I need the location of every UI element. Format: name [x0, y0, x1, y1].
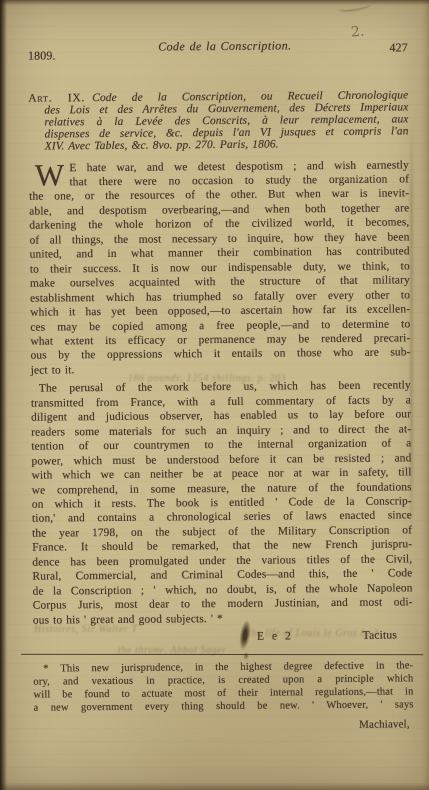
signature-mark: E e 2: [257, 629, 293, 642]
page-edge-bottom: [0, 782, 429, 790]
footnote-line: a new government every thing should be n…: [34, 699, 414, 715]
paragraph-2-line: ous to his ' great and good subjects. ' …: [33, 610, 413, 628]
page-number: 427: [362, 40, 408, 55]
page-crease: [410, 120, 413, 540]
header-year: 1809.: [28, 48, 88, 64]
article-heading-continuation: des Lois et des Arrêtes du Gouvernement,…: [44, 102, 408, 153]
page-content: 1809. Code de la Conscription. 427 Art. …: [27, 0, 413, 733]
signature-row: E e 2 Tacitus: [33, 628, 413, 646]
paragraph-1: W E hate war, and we detest despotism ; …: [29, 158, 411, 378]
page-edge-top: [0, 0, 429, 5]
paragraph-2: The perusal of the work before us, which…: [31, 379, 413, 628]
scanned-book-page: 186 pounds, 1254 shillings. p. 203Histoi…: [0, 0, 429, 790]
ink-smudge-dot: [243, 652, 249, 660]
handwritten-pencil-mark: 2.: [350, 23, 365, 40]
signature-right-word: Tacitus: [363, 629, 397, 642]
running-title: Code de la Conscription.: [88, 38, 362, 55]
footnote-rule: [21, 654, 423, 655]
article-label: Art. IX.: [28, 92, 85, 104]
catchword: Machiavel,: [34, 718, 414, 733]
drop-cap: W: [35, 161, 70, 188]
page-header: 1809. Code de la Conscription. 427: [28, 45, 408, 63]
article-heading-line: XIV. Avec Tables, &c. 8vo. pp. 270. Pari…: [45, 138, 409, 153]
footnote: * This new jurisprudence, in the highest…: [33, 660, 413, 715]
page-edge-left: [0, 0, 7, 790]
article-heading: Art. IX.Code de la Conscription, ou Recu…: [28, 90, 409, 153]
